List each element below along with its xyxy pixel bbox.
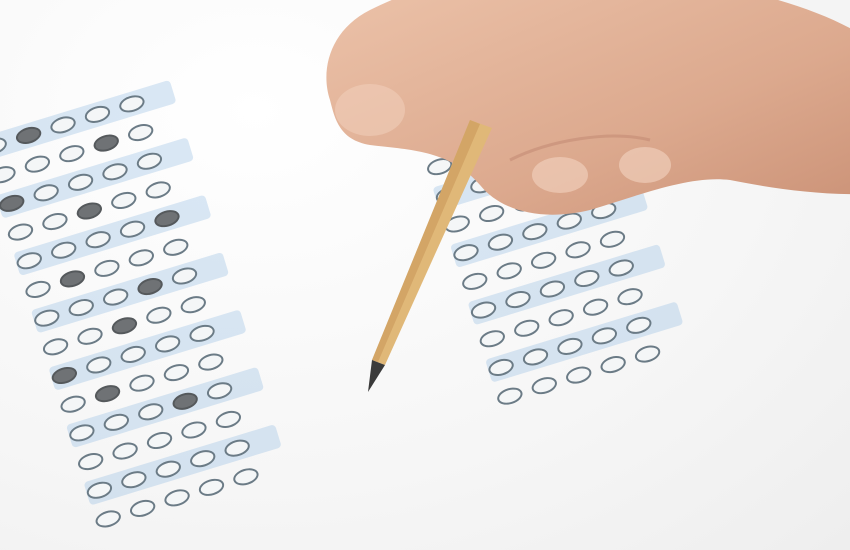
photo-scene: Close-up photograph of a hand holding a … [0, 0, 850, 550]
pencil [0, 0, 850, 550]
image-description: Close-up photograph of a hand holding a … [0, 0, 1, 1]
